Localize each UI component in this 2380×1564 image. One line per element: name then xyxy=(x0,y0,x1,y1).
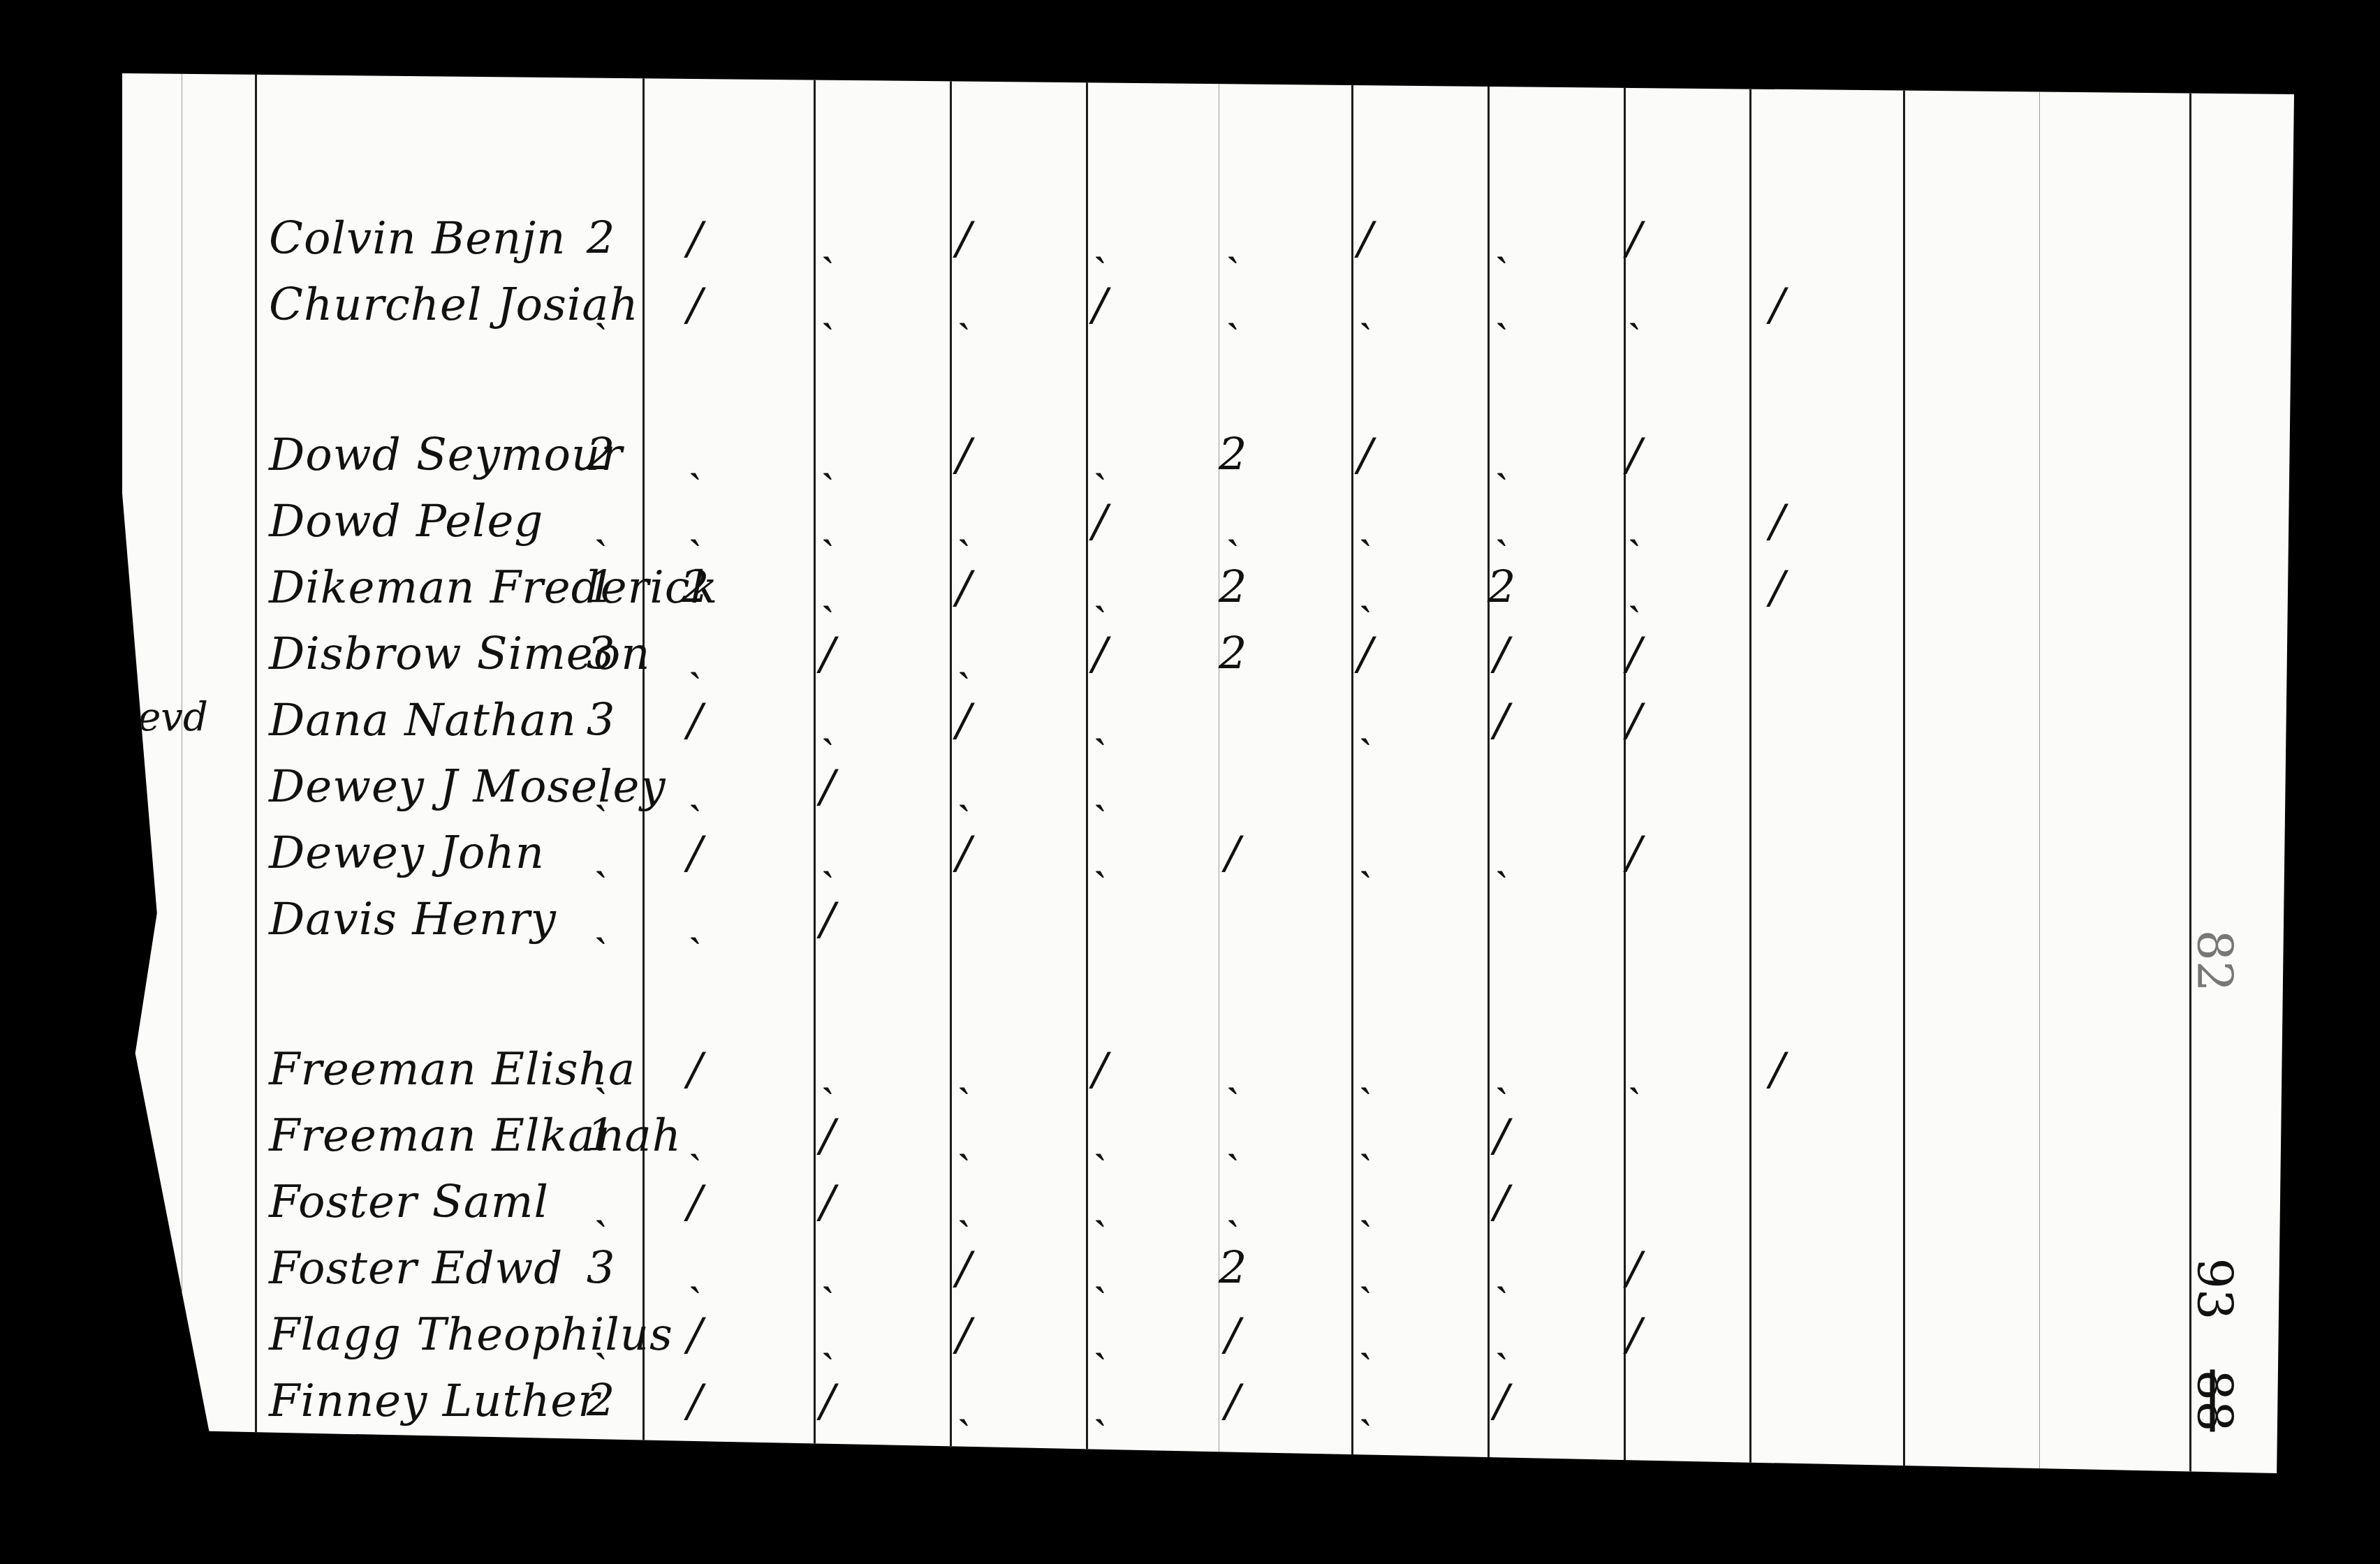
tally-cell: ˎ xyxy=(1180,1044,1285,1095)
tally-cell: 2 xyxy=(1180,429,1285,481)
tally-cell: ˎ xyxy=(1449,1243,1554,1294)
tally-cell: / xyxy=(642,1176,747,1228)
table-row: Flagg Theophilusˎ/ˎ/ˎ/ˎˎ/ xyxy=(122,1309,2294,1373)
table-row: Churchel Josiahˎ/ˎˎ/ˎˎˎˎ/ xyxy=(122,279,2294,344)
tally-cell: ˎ xyxy=(775,496,880,547)
entry-name: Foster Edwd xyxy=(269,1243,563,1294)
tally-cell: / xyxy=(1725,1044,1830,1095)
entry-name: Dowd Peleg xyxy=(269,496,543,547)
tally-cell: ˎ xyxy=(1449,1044,1554,1095)
tally-cell: / xyxy=(1582,1243,1687,1294)
tally-cell: ˎ xyxy=(911,761,1016,813)
tally-cell: ˎ xyxy=(1313,1375,1418,1427)
tally-cell: / xyxy=(1582,1309,1687,1361)
tally-cell: ˎ xyxy=(642,628,747,680)
tally-cell: / xyxy=(1582,213,1687,265)
tally-cell: / xyxy=(1048,1044,1152,1095)
table-row: Foster Edwd3ˎˎ/ˎ2ˎˎ/ xyxy=(122,1243,2294,1307)
tally-cell: ˎ xyxy=(775,279,880,331)
entry-name: Dewey John xyxy=(269,827,545,879)
tally-cell: / xyxy=(1180,1375,1285,1427)
tally-cell: ˎ xyxy=(1048,562,1152,614)
entry-count: ˎ xyxy=(548,761,653,813)
tally-cell: / xyxy=(642,1375,747,1427)
entry-name: Colvin Benjn xyxy=(269,213,566,265)
tally-cell: ˎ xyxy=(1313,562,1418,614)
page-number: 93 xyxy=(2185,1257,2242,1320)
tally-cell: ˎ xyxy=(1048,761,1152,813)
table-row: RevdDana Nathan3/ˎ/ˎˎ// xyxy=(122,695,2294,759)
tally-cell: / xyxy=(1449,1110,1554,1162)
tally-cell: / xyxy=(642,695,747,746)
tally-cell: 2 xyxy=(1449,562,1554,614)
tally-cell: ˎ xyxy=(1048,1176,1152,1228)
tally-cell: / xyxy=(775,1176,880,1228)
tally-cell: / xyxy=(775,761,880,813)
tally-cell: ˎ xyxy=(1449,279,1554,331)
tally-cell: / xyxy=(775,894,880,945)
tally-cell: ˎ xyxy=(775,1309,880,1361)
tally-cell: ˎ xyxy=(1449,496,1554,547)
tally-cell: ˎ xyxy=(1180,213,1285,265)
tally-cell: ˎ xyxy=(1048,1309,1152,1361)
struck-page-number: 88 xyxy=(2185,1369,2242,1431)
tally-cell: ˎ xyxy=(1449,1309,1554,1361)
tally-cell: ˎ xyxy=(1048,1375,1152,1427)
tally-cell: / xyxy=(911,827,1016,879)
tally-cell: ˎ xyxy=(775,827,880,879)
entry-count: ˎ xyxy=(548,279,653,331)
table-row: Dowd Pelegˎˎˎˎ/ˎˎˎˎ/ xyxy=(122,496,2294,560)
tally-cell: ˎ xyxy=(642,496,747,547)
entry-count: 3 xyxy=(548,1243,653,1294)
entry-name: Davis Henry xyxy=(269,894,557,945)
tally-cell: / xyxy=(1582,695,1687,746)
tally-cell: ˎ xyxy=(1313,1309,1418,1361)
tally-cell: ˎ xyxy=(1582,562,1687,614)
tally-cell: ˎ xyxy=(911,1044,1016,1095)
entry-count: 1 xyxy=(548,562,653,614)
entry-count: 3 xyxy=(548,695,653,746)
tally-cell: ˎ xyxy=(1449,429,1554,481)
tally-cell: / xyxy=(775,1375,880,1427)
tally-cell: ˎ xyxy=(775,1243,880,1294)
entry-count: 3 xyxy=(548,628,653,680)
entry-count: 2 xyxy=(548,213,653,265)
tally-cell: ˎ xyxy=(1048,1243,1152,1294)
tally-cell: / xyxy=(1725,496,1830,547)
tally-cell: ˎ xyxy=(642,894,747,945)
tally-cell: ˎ xyxy=(775,1044,880,1095)
tally-cell: ˎ xyxy=(775,429,880,481)
ledger-page: Colvin Benjn2/ˎ/ˎˎ/ˎ/Churchel Josiahˎ/ˎˎ… xyxy=(122,73,2294,1473)
tally-cell: ˎ xyxy=(1180,1110,1285,1162)
entry-count: 1 xyxy=(548,1110,653,1162)
entry-count: ˎ xyxy=(548,1309,653,1361)
entry-name: Dana Nathan xyxy=(269,695,577,746)
tally-cell: ˎ xyxy=(1048,827,1152,879)
table-row: Freeman Elkanah1ˎ/ˎˎˎˎ/ xyxy=(122,1110,2294,1174)
tally-cell: / xyxy=(1449,1176,1554,1228)
tally-cell: / xyxy=(911,1243,1016,1294)
tally-cell: / xyxy=(1725,562,1830,614)
table-row: Davis Henryˎˎ/ xyxy=(122,894,2294,958)
tally-cell: ˎ xyxy=(775,562,880,614)
tally-cell: / xyxy=(775,1110,880,1162)
tally-cell: / xyxy=(1048,496,1152,547)
table-row: Finney Luther2//ˎˎ/ˎ/ xyxy=(122,1375,2294,1440)
tally-cell: ˎ xyxy=(1048,213,1152,265)
tally-cell: ˎ xyxy=(911,1110,1016,1162)
tally-cell: ˎ xyxy=(775,695,880,746)
entry-count: 2 xyxy=(548,429,653,481)
tally-cell: / xyxy=(1449,1375,1554,1427)
tally-cell: ˎ xyxy=(1449,827,1554,879)
tally-cell: / xyxy=(1048,279,1152,331)
tally-cell: ˎ xyxy=(1313,496,1418,547)
tally-cell: / xyxy=(1582,429,1687,481)
tally-cell: / xyxy=(1725,279,1830,331)
tally-cell: ˎ xyxy=(1180,1176,1285,1228)
tally-cell: ˎ xyxy=(642,761,747,813)
tally-cell: / xyxy=(911,695,1016,746)
tally-cell: ˎ xyxy=(775,213,880,265)
tally-cell: ˎ xyxy=(911,1375,1016,1427)
tally-cell: ˎ xyxy=(1313,1110,1418,1162)
tally-cell: ˎ xyxy=(1582,1044,1687,1095)
tally-cell: / xyxy=(1048,628,1152,680)
entry-count: 2 xyxy=(548,1375,653,1427)
entry-count: ˎ xyxy=(548,496,653,547)
tally-cell: / xyxy=(1313,429,1418,481)
tally-cell: / xyxy=(642,213,747,265)
tally-cell: ˎ xyxy=(1313,279,1418,331)
tally-cell: / xyxy=(642,279,747,331)
tally-cell: / xyxy=(642,1044,747,1095)
tally-cell: ˎ xyxy=(1582,496,1687,547)
tally-cell: / xyxy=(911,1309,1016,1361)
table-row: Freeman Elishaˎ/ˎˎ/ˎˎˎˎ/ xyxy=(122,1044,2294,1108)
tally-cell: 2 xyxy=(1180,1243,1285,1294)
tally-cell: / xyxy=(1582,628,1687,680)
tally-cell: ˎ xyxy=(642,1243,747,1294)
table-row: Disbrow Simeon3ˎ/ˎ/2/// xyxy=(122,628,2294,693)
tally-cell: ˎ xyxy=(1180,496,1285,547)
table-row: Dowd Seymour2ˎˎ/ˎ2/ˎ/ xyxy=(122,429,2294,494)
table-row: Foster Samlˎ//ˎˎˎˎ/ xyxy=(122,1176,2294,1241)
tally-cell: ˎ xyxy=(1313,1243,1418,1294)
tally-cell: 2 xyxy=(642,562,747,614)
tally-cell: / xyxy=(642,827,747,879)
tally-cell: 2 xyxy=(1180,628,1285,680)
tally-cell: / xyxy=(1180,827,1285,879)
tally-cell: ˎ xyxy=(1313,1044,1418,1095)
tally-cell: ˎ xyxy=(1449,213,1554,265)
tally-cell: / xyxy=(911,213,1016,265)
tally-cell: ˎ xyxy=(1048,1110,1152,1162)
tally-cell: ˎ xyxy=(642,1110,747,1162)
tally-cell: ˎ xyxy=(911,496,1016,547)
entry-count: ˎ xyxy=(548,894,653,945)
margin-note: Revd xyxy=(108,695,208,740)
tally-cell: ˎ xyxy=(1313,1176,1418,1228)
tally-cell: ˎ xyxy=(1582,279,1687,331)
tally-cell: ˎ xyxy=(642,429,747,481)
tally-cell: / xyxy=(911,429,1016,481)
entry-count: ˎ xyxy=(548,827,653,879)
table-row: Colvin Benjn2/ˎ/ˎˎ/ˎ/ xyxy=(122,213,2294,277)
tally-cell: / xyxy=(1449,628,1554,680)
entry-count: ˎ xyxy=(548,1176,653,1228)
tally-cell: ˎ xyxy=(1048,695,1152,746)
tally-cell: / xyxy=(775,628,880,680)
table-row: Dewey J Moseleyˎˎ/ˎˎ xyxy=(122,761,2294,825)
tally-cell: / xyxy=(1449,695,1554,746)
tally-cell: / xyxy=(1582,827,1687,879)
tally-cell: ˎ xyxy=(1180,279,1285,331)
tally-cell: / xyxy=(911,562,1016,614)
tally-cell: ˎ xyxy=(911,628,1016,680)
tally-cell: ˎ xyxy=(1048,429,1152,481)
tally-cell: / xyxy=(1313,213,1418,265)
entry-count: ˎ xyxy=(548,1044,653,1095)
tally-cell: ˎ xyxy=(1313,695,1418,746)
tally-cell: ˎ xyxy=(911,1176,1016,1228)
tally-cell: 2 xyxy=(1180,562,1285,614)
faint-margin-mark: 82 xyxy=(2185,929,2242,991)
table-row: Dewey Johnˎ/ˎ/ˎ/ˎˎ/ xyxy=(122,827,2294,892)
tally-cell: / xyxy=(1313,628,1418,680)
tally-cell: / xyxy=(642,1309,747,1361)
tally-cell: ˎ xyxy=(911,279,1016,331)
entry-name: Foster Saml xyxy=(269,1176,549,1228)
tally-cell: / xyxy=(1180,1309,1285,1361)
tally-cell: ˎ xyxy=(1313,827,1418,879)
table-row: Dikeman Frederick12ˎ/ˎ2ˎ2ˎ/ xyxy=(122,562,2294,626)
